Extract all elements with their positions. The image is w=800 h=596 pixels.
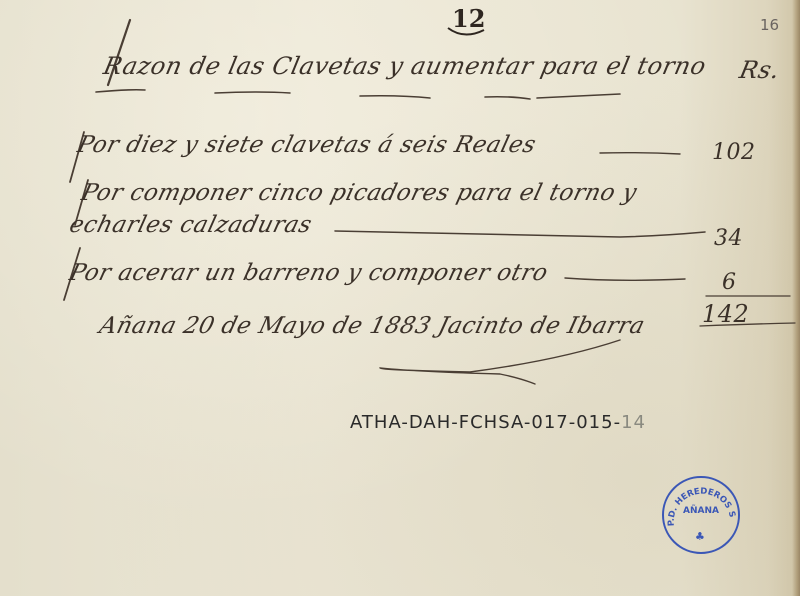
archive-reference-suffix: 14	[621, 412, 646, 433]
entry-1-amount: 102	[712, 140, 756, 165]
page-number-underline	[444, 26, 488, 40]
total-amount: 142	[702, 300, 749, 328]
entry-3-text: Por acerar un barreno y componer otro	[67, 260, 551, 286]
closing-date-signature: Añana 20 de Mayo de 1883 Jacinto de Ibar…	[97, 313, 648, 339]
entry-2-amount: 34	[714, 226, 743, 251]
heading-text: Razon de las Clavetas y aumentar para el…	[101, 52, 709, 80]
entry-3-amount: 6	[722, 270, 737, 295]
document-scan: 12 16 Razon de las Clavetas y aumentar p…	[0, 0, 800, 596]
entry-2-text-line1: Por componer cinco picadores para el tor…	[79, 180, 640, 206]
archive-stamp: P.D. HEREDEROS SALINAS AÑANA ♣	[662, 476, 740, 554]
entry-1-text: Por diez y siete clavetas á seis Reales	[75, 132, 539, 158]
archive-reference: ATHA-DAH-FCHSA-017-015-14	[350, 412, 646, 433]
amount-column-label: Rs.	[737, 56, 782, 84]
club-icon: ♣	[695, 530, 705, 543]
stamp-center-text: AÑANA	[664, 506, 738, 516]
archive-reference-main: ATHA-DAH-FCHSA-017-015-	[350, 412, 621, 433]
entry-2-text-line2: echarles calzaduras	[67, 212, 315, 238]
folio-number: 16	[760, 16, 779, 34]
svg-text:P.D. HEREDEROS SALINAS: P.D. HEREDEROS SALINAS	[664, 478, 737, 526]
